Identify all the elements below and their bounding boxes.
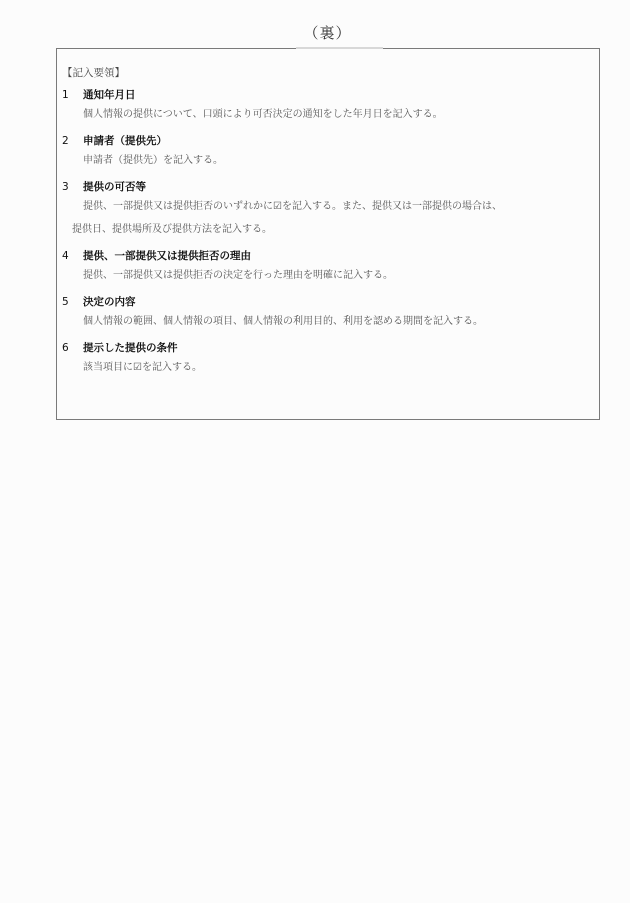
instruction-item-3: 3 提供の可否等 提供、一部提供又は提供拒否のいずれかに☑を記入する。また、提供… — [62, 179, 592, 241]
instructions-box: 【記入要領】 1 通知年月日 個人情報の提供について、口頭により可否決定の通知を… — [56, 48, 600, 420]
instruction-item-1: 1 通知年月日 個人情報の提供について、口頭により可否決定の通知をした年月日を記… — [62, 87, 592, 126]
item-body: 提供、一部提供又は提供拒否の決定を行った理由を明確に記入する。 — [62, 264, 592, 287]
item-heading: 2 申請者（提供先） — [62, 133, 592, 149]
item-body-continued: 提供日、提供場所及び提供方法を記入する。 — [62, 218, 592, 241]
item-body: 該当項目に☑を記入する。 — [62, 356, 592, 379]
item-heading: 6 提示した提供の条件 — [62, 340, 592, 356]
item-heading: 3 提供の可否等 — [62, 179, 592, 195]
border-gap — [296, 47, 383, 49]
item-number: 4 — [62, 248, 83, 264]
item-body: 申請者（提供先）を記入する。 — [62, 149, 592, 172]
item-number: 3 — [62, 179, 83, 195]
item-body: 個人情報の提供について、口頭により可否決定の通知をした年月日を記入する。 — [62, 103, 592, 126]
item-heading: 5 決定の内容 — [62, 294, 592, 310]
item-number: 1 — [62, 87, 83, 103]
instruction-item-5: 5 決定の内容 個人情報の範囲、個人情報の項目、個人情報の利用目的、利用を認める… — [62, 294, 592, 333]
item-title: 申請者（提供先） — [83, 133, 167, 149]
section-header: 【記入要領】 — [62, 65, 125, 80]
item-title: 提供の可否等 — [83, 179, 146, 195]
item-number: 5 — [62, 294, 83, 310]
item-body: 提供、一部提供又は提供拒否のいずれかに☑を記入する。また、提供又は一部提供の場合… — [62, 195, 592, 218]
page-title: （裏） — [0, 22, 630, 43]
item-title: 決定の内容 — [83, 294, 136, 310]
item-title: 提供、一部提供又は提供拒否の理由 — [83, 248, 251, 264]
item-heading: 1 通知年月日 — [62, 87, 592, 103]
instruction-item-4: 4 提供、一部提供又は提供拒否の理由 提供、一部提供又は提供拒否の決定を行った理… — [62, 248, 592, 287]
item-title: 提示した提供の条件 — [83, 340, 178, 356]
item-body: 個人情報の範囲、個人情報の項目、個人情報の利用目的、利用を認める期間を記入する。 — [62, 310, 592, 333]
instruction-item-2: 2 申請者（提供先） 申請者（提供先）を記入する。 — [62, 133, 592, 172]
item-number: 6 — [62, 340, 83, 356]
item-title: 通知年月日 — [83, 87, 136, 103]
item-number: 2 — [62, 133, 83, 149]
item-heading: 4 提供、一部提供又は提供拒否の理由 — [62, 248, 592, 264]
instruction-item-6: 6 提示した提供の条件 該当項目に☑を記入する。 — [62, 340, 592, 379]
